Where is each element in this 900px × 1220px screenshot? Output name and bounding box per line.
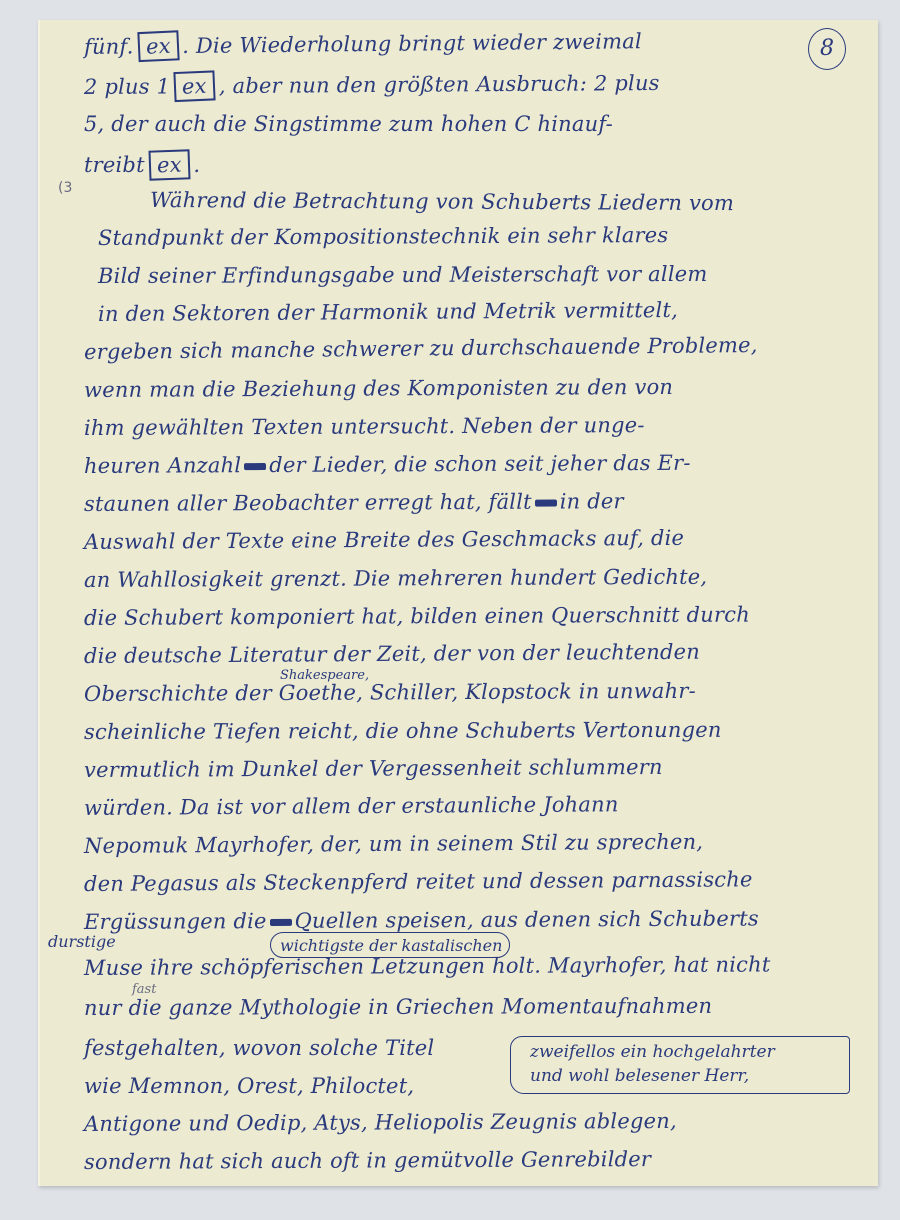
line-text: . [193,153,200,177]
manuscript-line: fünf.ex. Die Wiederholung bringt wieder … [84,26,642,62]
strikethrough-mark [535,500,557,507]
margin-pencil-mark: (3 [58,180,72,196]
manuscript-line: würden. Da ist vor allem der erstaunlich… [84,792,619,820]
manuscript-line: Nepomuk Mayrhofer, der, um in seinem Sti… [84,830,703,858]
manuscript-line: scheinliche Tiefen reicht, die ohne Schu… [84,718,722,744]
line-text: . Die Wiederholung bringt wieder zweimal [182,29,642,58]
line-text: Quellen speisen, aus denen sich Schubert… [295,906,759,932]
manuscript-line: nur die ganze Mythologie in Griechen Mom… [84,994,712,1020]
manuscript-line: heuren Anzahlder Lieder, die schon seit … [84,451,691,478]
manuscript-line: Oberschichte der Goethe, Schiller, Klops… [84,679,696,706]
page-number-circle: 8 [808,28,846,70]
line-text: fünf. [84,34,134,59]
manuscript-line: ergeben sich manche schwerer zu durchsch… [84,333,758,364]
manuscript-line: wie Memnon, Orest, Philoctet, [84,1074,414,1098]
insertion-note-line: und wohl belesener Herr, [530,1066,749,1086]
manuscript-page: 8 (3 fünf.ex. Die Wiederholung bringt wi… [38,20,878,1186]
manuscript-line: Während die Betrachtung von Schuberts Li… [150,188,734,215]
line-text: treibt [84,153,145,177]
manuscript-line: an Wahllosigkeit grenzt. Die mehreren hu… [84,565,707,592]
example-box: ex [148,149,190,180]
insertion-fast: fast [132,982,156,997]
manuscript-line: 2 plus 1ex, aber nun den größten Ausbruc… [84,68,660,102]
strikethrough-mark [244,463,266,470]
manuscript-line: vermutlich im Dunkel der Vergessenheit s… [84,755,663,782]
manuscript-line: die Schubert komponiert hat, bilden eine… [84,603,750,630]
manuscript-line: staunen aller Beobachter erregt hat, fäl… [84,489,624,516]
line-text: , aber nun den größten Ausbruch: 2 plus [219,71,660,98]
line-text: in der [560,489,624,513]
manuscript-line: Auswahl der Texte eine Breite des Geschm… [84,526,684,554]
strikethrough-mark [270,919,292,926]
manuscript-line: sondern hat sich auch oft in gemütvolle … [84,1147,651,1174]
example-box: ex [174,70,216,102]
manuscript-line: wenn man die Beziehung des Komponisten z… [84,375,673,402]
line-text: Ergüssungen die [84,909,267,934]
insertion-note-line: zweifellos ein hochgelahrter [530,1042,775,1062]
line-text: heuren Anzahl [84,453,241,478]
line-text: staunen aller Beobachter erregt hat, fäl… [84,490,532,516]
line-text: 2 plus 1 [84,74,170,99]
manuscript-line: Ergüssungen dieQuellen speisen, aus dene… [84,906,759,934]
manuscript-line: den Pegasus als Steckenpferd reitet und … [84,867,753,896]
manuscript-line: treibtex. [84,150,200,180]
manuscript-line: ihm gewählten Texten untersucht. Neben d… [84,413,645,440]
manuscript-line: Standpunkt der Kompositionstechnik ein s… [98,223,669,250]
manuscript-line: die deutsche Literatur der Zeit, der von… [84,640,700,668]
manuscript-line: Bild seiner Erfindungsgabe und Meistersc… [98,262,708,288]
line-text: der Lieder, die schon seit jeher das Er- [269,451,690,477]
manuscript-line: Antigone und Oedip, Atys, Heliopolis Zeu… [84,1109,677,1136]
manuscript-line: in den Sektoren der Harmonik und Metrik … [98,298,678,326]
manuscript-line: 5, der auch die Singstimme zum hohen C h… [84,112,613,136]
manuscript-line: Muse ihre schöpferischen Letzungen holt.… [84,952,771,980]
example-box: ex [137,30,179,62]
manuscript-line: festgehalten, wovon solche Titel [84,1036,434,1060]
insertion-durstige: durstige [48,932,116,951]
